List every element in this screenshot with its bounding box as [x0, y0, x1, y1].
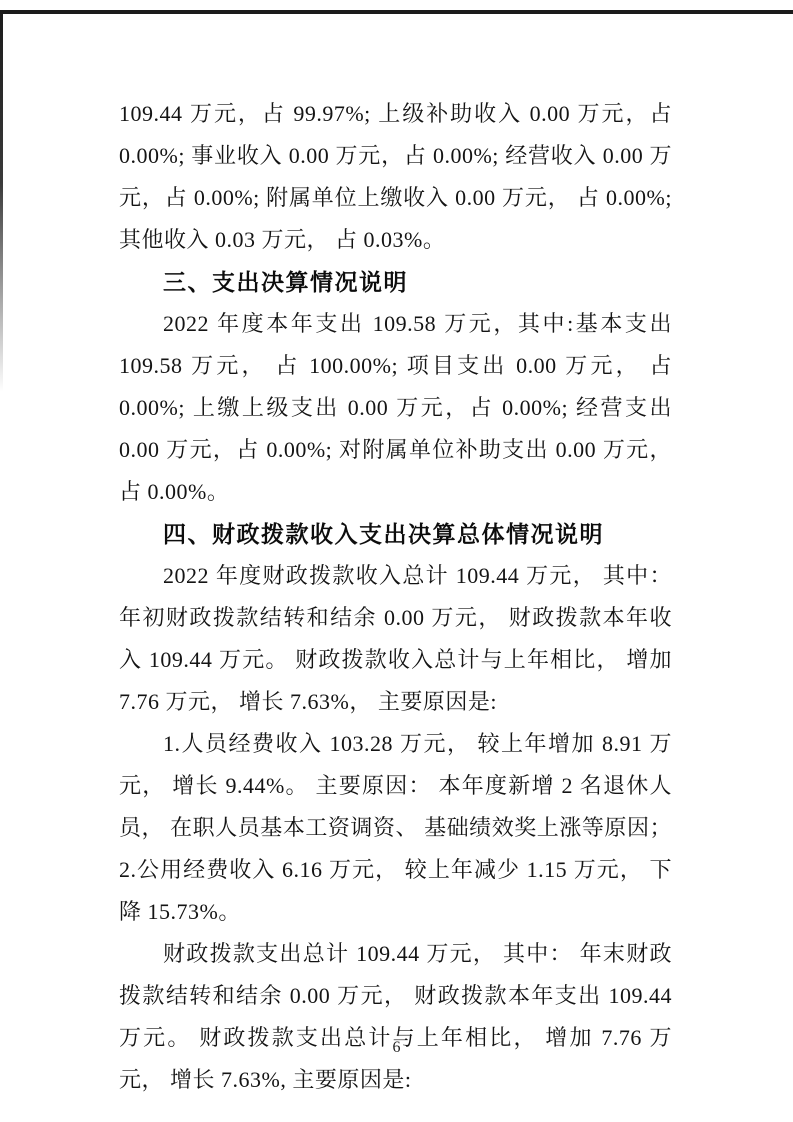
paragraph-expenditure-breakdown: 2022 年度本年支出 109.58 万元，其中:基本支出 109.58 万元，… — [119, 303, 672, 513]
scan-artifact-left-edge — [0, 12, 3, 392]
document-body: 109.44 万元，占 99.97%; 上级补助收入 0.00 万元，占 0.0… — [119, 93, 672, 1101]
paragraph-fiscal-appropriation-expenditure: 财政拨款支出总计 109.44 万元， 其中： 年末财政拨款结转和结余 0.00… — [119, 933, 672, 1101]
section-heading-fiscal-appropriation-overview: 四、财政拨款收入支出决算总体情况说明 — [119, 513, 672, 555]
paragraph-income-breakdown-continued: 109.44 万元，占 99.97%; 上级补助收入 0.00 万元，占 0.0… — [119, 93, 672, 261]
document-page: 109.44 万元，占 99.97%; 上级补助收入 0.00 万元，占 0.0… — [0, 0, 793, 1122]
paragraph-fiscal-appropriation-income: 2022 年度财政拨款收入总计 109.44 万元， 其中： 年初财政拨款结转和… — [119, 555, 672, 723]
paragraph-income-change-reasons: 1.人员经费收入 103.28 万元， 较上年增加 8.91 万元， 增长 9.… — [119, 723, 672, 933]
section-heading-expenditure-statement: 三、支出决算情况说明 — [119, 261, 672, 303]
page-number: 6 — [0, 1038, 793, 1058]
scan-artifact-top-edge — [0, 10, 793, 14]
